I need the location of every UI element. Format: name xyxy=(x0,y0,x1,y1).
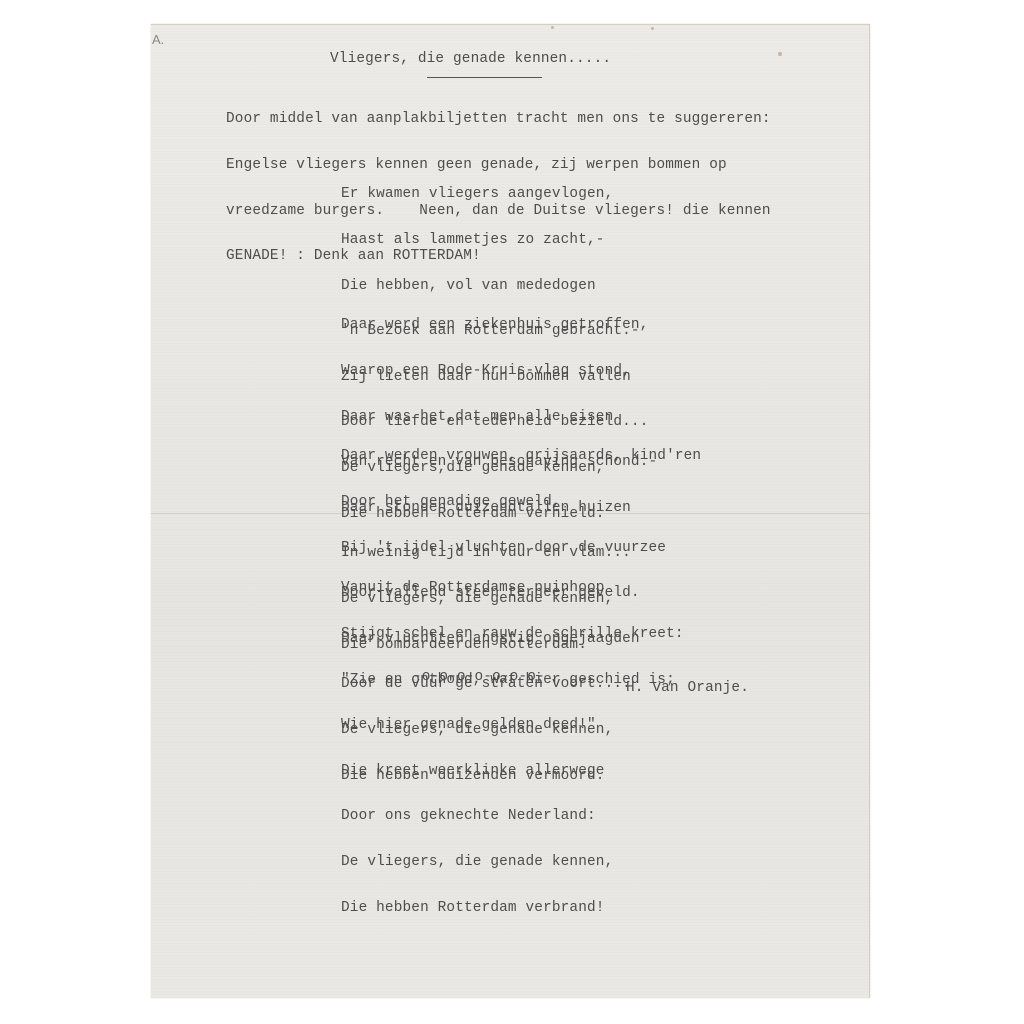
poem-line: Die hebben Rotterdam verbrand! xyxy=(341,901,684,916)
poem-line: Vanuit de Rotterdamse puinhoop xyxy=(341,581,684,596)
poem-line: Door ons geknechte Nederland: xyxy=(341,809,684,824)
poem-line: Daar werd een ziekenhuis getroffen, xyxy=(341,318,657,333)
separator-line: -o-o-o-o-o-o-o- xyxy=(413,670,545,685)
author-signature: H. van Oranje. xyxy=(626,681,749,696)
stanza-4: Vanuit de Rotterdamse puinhoop Stijgt sc… xyxy=(341,551,684,931)
poem-line: Stijgt schel en rauw de schrille kreet: xyxy=(341,627,684,642)
poem-line: Er kwamen vliegers aangevlogen, xyxy=(341,187,649,202)
intro-line: Door middel van aanplakbiljetten tracht … xyxy=(226,112,771,127)
poem-line: Daar werden vrouwen, grijsaards, kind're… xyxy=(341,449,701,464)
poem-line: Wie hier genade gelden deed!" xyxy=(341,718,684,733)
poem-line: Die kreet weerklinke allerwege xyxy=(341,764,684,779)
poem-line: Waarop een Rode-Kruis-vlag stond, xyxy=(341,364,657,379)
poem-title: Vliegers, die genade kennen..... xyxy=(330,52,611,67)
foxing-spot xyxy=(651,27,654,30)
corner-mark: A. xyxy=(152,32,164,47)
title-underline xyxy=(427,77,542,78)
foxing-spot xyxy=(778,52,782,56)
poem-line: Door het genadige geweld, xyxy=(341,495,701,510)
poem-line: De vliegers, die genade kennen, xyxy=(341,855,684,870)
foxing-spot xyxy=(551,26,554,29)
poem-line: Haast als lammetjes zo zacht,- xyxy=(341,233,649,248)
